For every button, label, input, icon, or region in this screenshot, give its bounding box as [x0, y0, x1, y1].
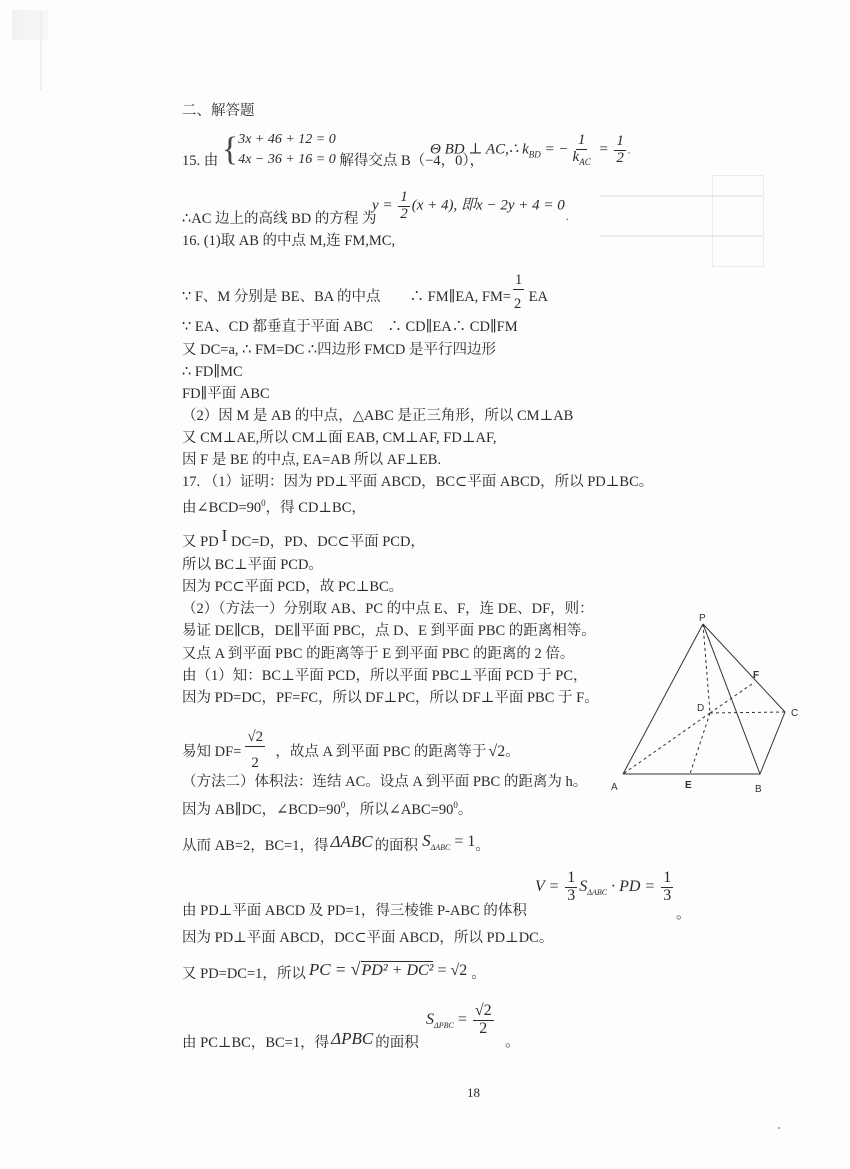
area-symbol: S — [422, 831, 431, 850]
section-title: 二、解答题 — [182, 102, 255, 120]
math-text: Θ BD ⊥ AC,∴ k — [430, 142, 529, 158]
math-text: = — [595, 142, 613, 158]
scan-speck — [778, 1127, 780, 1129]
area-pbc-end: 。 — [505, 1030, 520, 1051]
math-sub: AC — [579, 157, 591, 167]
math-sub: BD — [529, 150, 541, 160]
numerator: 1 — [398, 190, 410, 207]
equation-system: 3x + 46 + 12 = 0 4x − 36 + 16 = 0 — [238, 130, 336, 170]
label-c: C — [791, 708, 798, 719]
pyramid-diagram: P A B C D E F — [605, 610, 840, 810]
brace-symbol: { — [222, 131, 238, 168]
q17-line-16: 因为 PD⊥平面 ABCD，DC⊂平面 ABCD，所以 PD⊥DC。 — [182, 929, 553, 947]
text: 从而 AB=2，BC=1，得 — [182, 838, 328, 854]
fraction: 13 — [661, 870, 673, 905]
volume-end: 。 — [676, 902, 691, 923]
math-text: = — [454, 1011, 471, 1028]
label-b: B — [755, 784, 762, 795]
math-sub: ΔPBC — [434, 1021, 454, 1030]
radicand: PD² + DC² — [361, 961, 434, 979]
q16-line-2: ∵ F、M 分别是 BE、BA 的中点 ∴ FM∥EA, FM=12 EA — [182, 288, 548, 306]
fraction: 12 — [614, 134, 626, 167]
q16-line-9: 因 F 是 BE 的中点, EA=AB 所以 AF⊥EB. — [182, 451, 441, 469]
q15-number: 15. 由 — [182, 130, 218, 170]
text: EA — [525, 289, 548, 305]
q17-line-3: 又 PDI DC=D，PD、DC⊂平面 PCD， — [182, 527, 425, 551]
volume-formula: V = 13SΔABC · PD = 13 — [535, 870, 675, 905]
fraction: 12 — [398, 190, 410, 223]
q17-line-4: 所以 BC⊥平面 PCD。 — [182, 556, 323, 574]
math-text: . — [628, 146, 631, 157]
text: 因为 AB∥DC，∠BCD=90 — [182, 802, 341, 818]
text: 的面积 — [375, 1035, 419, 1051]
label-a: A — [611, 782, 618, 793]
q17-line-7: 易证 DE∥CB，DE∥平面 PBC，点 D、E 到平面 PBC 的距离相等。 — [182, 622, 596, 640]
q15-perp-formula: Θ BD ⊥ AC,∴ kBD = −1kAC = 12. — [430, 133, 630, 167]
text: ，故点 A 到平面 PBC 的距离等于 — [275, 744, 486, 760]
q16-line-5: ∴ FD∥MC — [182, 363, 243, 381]
denominator: 2 — [398, 207, 410, 223]
triangle-abc: ΔABC — [330, 832, 372, 851]
q17-line-14: 从而 AB=2，BC=1，得ΔABC的面积SΔABC = 1。 — [182, 832, 490, 857]
math-text: y = — [372, 198, 396, 214]
q16-line-3: ∵ EA、CD 都垂直于平面 ABC ∴ CD∥EA∴ CD∥FM — [182, 318, 518, 336]
page-number: 18 — [467, 1085, 480, 1101]
text: 。 — [471, 966, 486, 982]
q17-line-17: 又 PD=DC=1，所以PC = √PD² + DC² = √2。 — [182, 960, 486, 983]
q16-line-4: 又 DC=a, ∴ FM=DC ∴四边形 FMCD 是平行四边形 — [182, 341, 496, 359]
label-e: E — [685, 780, 692, 791]
text: 易知 DF= — [182, 744, 241, 760]
q17-line-10: 因为 PD=DC，PF=FC，所以 DF⊥PC，所以 DF⊥平面 PBC 于 F… — [182, 689, 599, 707]
text: ∵ F、M 分别是 BE、BA 的中点 ∴ FM∥EA, FM= — [182, 289, 511, 305]
q15-line-equation: y = 12(x + 4), 即x − 2y + 4 = 0 — [372, 190, 565, 223]
math-text: PC = — [309, 960, 351, 979]
numerator: 1 — [614, 134, 626, 151]
area-symbol: S — [426, 1011, 434, 1028]
fraction: 13 — [565, 870, 577, 905]
text: 。 — [458, 802, 473, 818]
triangle-pbc: ΔPBC — [331, 1029, 373, 1048]
text: DC=D，PD、DC⊂平面 PCD， — [227, 534, 425, 550]
q17-line-2: 由∠BCD=900，得 CD⊥BC， — [182, 494, 366, 517]
text: 又 PD — [182, 534, 219, 550]
q17-line-6: （2）（方法一）分别取 AB、PC 的中点 E、F，连 DE、DF，则： — [182, 600, 594, 618]
text: 由∠BCD=90 — [182, 500, 261, 516]
equation-1: 3x + 46 + 12 = 0 — [238, 130, 336, 150]
q17-line-15: 由 PD⊥平面 ABCD 及 PD=1，得三棱锥 P-ABC 的体积 — [182, 902, 527, 920]
q17-line-8: 又点 A 到平面 PBC 的距离等于 E 到平面 PBC 的距离的 2 倍。 — [182, 645, 574, 663]
math-text: (x + 4), 即x − 2y + 4 = 0 — [412, 198, 565, 214]
q17-line-1: 17. （1）证明：因为 PD⊥平面 ABCD，BC⊂平面 ABCD，所以 PD… — [182, 473, 653, 491]
denominator: 3 — [565, 888, 577, 905]
denominator: 2 — [614, 151, 626, 167]
math-text: = − — [541, 142, 569, 158]
text: 由 PC⊥BC，BC=1，得 — [182, 1035, 329, 1051]
numerator: 1 — [576, 133, 588, 150]
q17-line-11: 易知 DF=√22，故点 A 到平面 PBC 的距离等于√2。 — [182, 743, 520, 761]
area-pbc-formula: SΔPBC = √22 — [426, 1003, 496, 1038]
fraction: √22 — [473, 1003, 494, 1038]
sqrt-value: √2 — [488, 743, 505, 760]
q15-line-end: . — [566, 212, 569, 223]
q17-line-12: （方法二）体积法：连结 AC。设点 A 到平面 PBC 的距离为 h。 — [182, 773, 587, 791]
q16-line-6: FD∥平面 ABC — [182, 385, 270, 403]
denominator: 2 — [514, 295, 521, 313]
q16-line-1: 16. (1)取 AB 的中点 M,连 FM,MC, — [182, 232, 395, 250]
math-text: · PD = — [607, 878, 659, 895]
label-f: F — [753, 670, 759, 681]
math-text: = √2 — [433, 962, 467, 979]
q17-line-5: 因为 PC⊂平面 PCD，故 PC⊥BC。 — [182, 578, 403, 596]
math-text: V = — [535, 878, 563, 895]
q15-line-2: ∴AC 边上的高线 BD 的方程 为 — [182, 210, 377, 228]
q17-line-9: 由（1）知：BC⊥平面 PCD，所以平面 PBC⊥平面 PCD 于 PC， — [182, 667, 588, 685]
scan-artifact — [12, 10, 48, 40]
q17-line-18: 由 PC⊥BC，BC=1，得ΔPBC的面积 — [182, 1030, 419, 1052]
q16-line-7: （2）因 M 是 AB 的中点，△ABC 是正三角形，所以 CM⊥AB — [182, 407, 573, 425]
numerator: √2 — [245, 728, 265, 747]
text: ，所以∠ABC=90 — [345, 802, 453, 818]
scan-artifact — [40, 10, 42, 90]
denominator: kAC — [571, 150, 593, 167]
numerator: 1 — [565, 870, 577, 888]
equation-2: 4x − 36 + 16 = 0 — [238, 150, 336, 170]
text: 又 PD=DC=1，所以 — [182, 966, 306, 982]
denominator: 2 — [251, 754, 259, 772]
text: 。 — [505, 744, 520, 760]
q16-line-8: 又 CM⊥AE,所以 CM⊥面 EAB, CM⊥AF, FD⊥AF, — [182, 429, 496, 447]
label-d: D — [697, 703, 704, 714]
numerator: 1 — [661, 870, 673, 888]
pyramid-figure: P A B C D E F — [605, 610, 840, 810]
label-p: P — [699, 613, 706, 624]
denominator: 2 — [477, 1021, 489, 1038]
text: ，得 CD⊥BC， — [266, 500, 366, 516]
math-text: = 1 — [450, 833, 475, 850]
sqrt-sign: √ — [351, 959, 361, 979]
numerator: √2 — [473, 1003, 494, 1021]
text: 。 — [475, 838, 490, 854]
denominator: 3 — [661, 888, 673, 905]
fraction: 1kAC — [571, 133, 593, 167]
math-sub: ΔABC — [587, 888, 607, 897]
math-sub: ΔABC — [431, 843, 451, 852]
q17-line-13: 因为 AB∥DC，∠BCD=900，所以∠ABC=900。 — [182, 796, 472, 819]
text: 的面积 — [375, 838, 419, 854]
numerator: 1 — [513, 271, 524, 290]
